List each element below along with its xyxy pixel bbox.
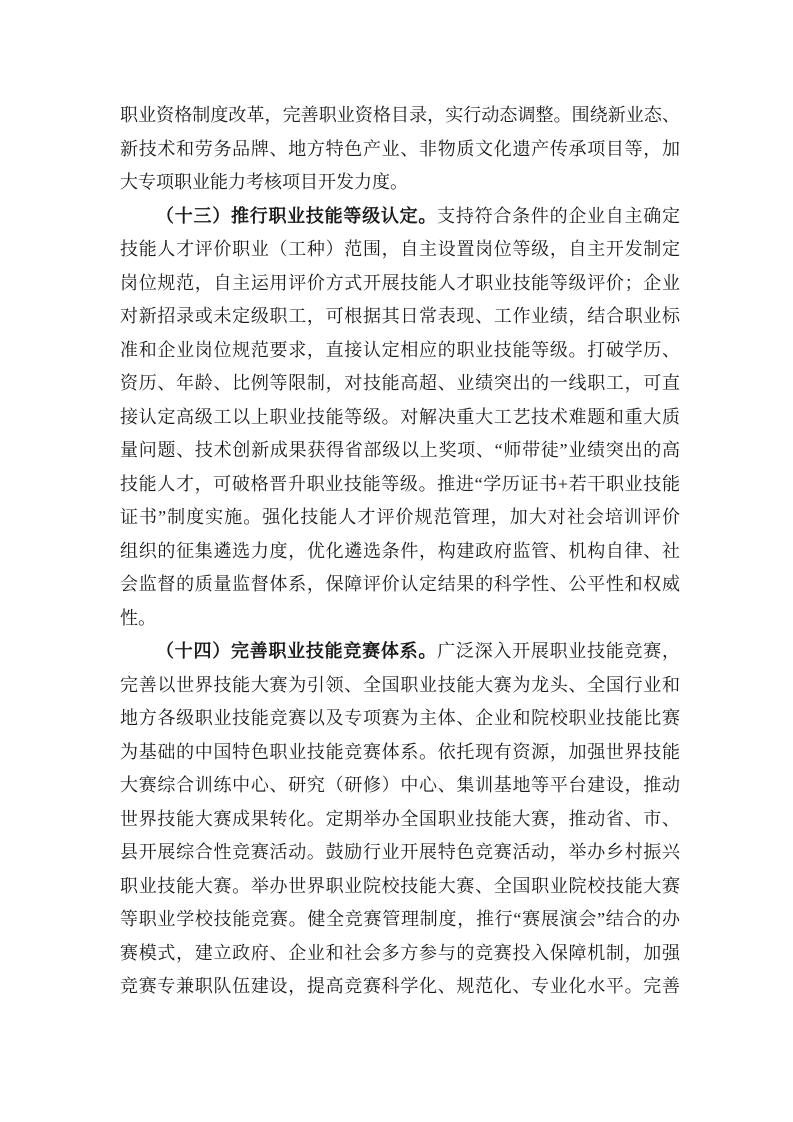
text-line: 技能人才，可破格晋升职业技能等级。推进“学历证书+若干职业技能 bbox=[120, 468, 680, 502]
text-line: 新技术和劳务品牌、地方特色产业、非物质文化遗产传承项目等，加 bbox=[120, 133, 680, 167]
text-line: 大专项职业能力考核项目开发力度。 bbox=[120, 166, 680, 200]
text-line: 大赛综合训练中心、研究（研修）中心、集训基地等平台建设，推动 bbox=[120, 769, 680, 803]
text-line: 赛模式，建立政府、企业和社会多方参与的竞赛投入保障机制，加强 bbox=[120, 937, 680, 971]
text-line: 等职业学校技能竞赛。健全竞赛管理制度，推行“赛展演会”结合的办 bbox=[120, 903, 680, 937]
text-line: 组织的征集遴选力度，优化遴选条件，构建政府监管、机构自律、社 bbox=[120, 535, 680, 569]
text-line: （十三）推行职业技能等级认定。支持符合条件的企业自主确定 bbox=[120, 200, 680, 234]
text-line: 完善以世界技能大赛为引领、全国职业技能大赛为龙头、全国行业和 bbox=[120, 669, 680, 703]
text-line: 对新招录或未定级职工，可根据其日常表现、工作业绩，结合职业标 bbox=[120, 300, 680, 334]
text-line: 竞赛专兼职队伍建设，提高竞赛科学化、规范化、专业化水平。完善 bbox=[120, 970, 680, 1004]
text-line: 准和企业岗位规范要求，直接认定相应的职业技能等级。打破学历、 bbox=[120, 334, 680, 368]
text-line: 世界技能大赛成果转化。定期举办全国职业技能大赛，推动省、市、 bbox=[120, 803, 680, 837]
text-line: （十四）完善职业技能竞赛体系。广泛深入开展职业技能竞赛， bbox=[120, 635, 680, 669]
text-line: 接认定高级工以上职业技能等级。对解决重大工艺技术难题和重大质 bbox=[120, 401, 680, 435]
document-page: 职业资格制度改革，完善职业资格目录，实行动态调整。围绕新业态、新技术和劳务品牌、… bbox=[0, 0, 793, 1122]
text-line: 会监督的质量监督体系，保障评价认定结果的科学性、公平性和权威 bbox=[120, 568, 680, 602]
text-line: 县开展综合性竞赛活动。鼓励行业开展特色竞赛活动，举办乡村振兴 bbox=[120, 836, 680, 870]
text-line: 性。 bbox=[120, 602, 680, 636]
text-line: 地方各级职业技能竞赛以及专项赛为主体、企业和院校职业技能比赛 bbox=[120, 702, 680, 736]
text-line: 岗位规范，自主运用评价方式开展技能人才职业技能等级评价；企业 bbox=[120, 267, 680, 301]
section-heading: （十三）推行职业技能等级认定。 bbox=[156, 206, 437, 226]
text-line: 证书”制度实施。强化技能人才评价规范管理，加大对社会培训评价 bbox=[120, 501, 680, 535]
text-line: 量问题、技术创新成果获得省部级以上奖项、“师带徒”业绩突出的高 bbox=[120, 434, 680, 468]
text-line: 技能人才评价职业（工种）范围，自主设置岗位等级，自主开发制定 bbox=[120, 233, 680, 267]
text-line: 职业资格制度改革，完善职业资格目录，实行动态调整。围绕新业态、 bbox=[120, 99, 680, 133]
document-body: 职业资格制度改革，完善职业资格目录，实行动态调整。围绕新业态、新技术和劳务品牌、… bbox=[120, 99, 680, 1004]
text-line: 资历、年龄、比例等限制，对技能高超、业绩突出的一线职工，可直 bbox=[120, 367, 680, 401]
section-heading: （十四）完善职业技能竞赛体系。 bbox=[156, 641, 437, 661]
text-line: 职业技能大赛。举办世界职业院校技能大赛、全国职业院校技能大赛 bbox=[120, 870, 680, 904]
text-line: 为基础的中国特色职业技能竞赛体系。依托现有资源，加强世界技能 bbox=[120, 736, 680, 770]
